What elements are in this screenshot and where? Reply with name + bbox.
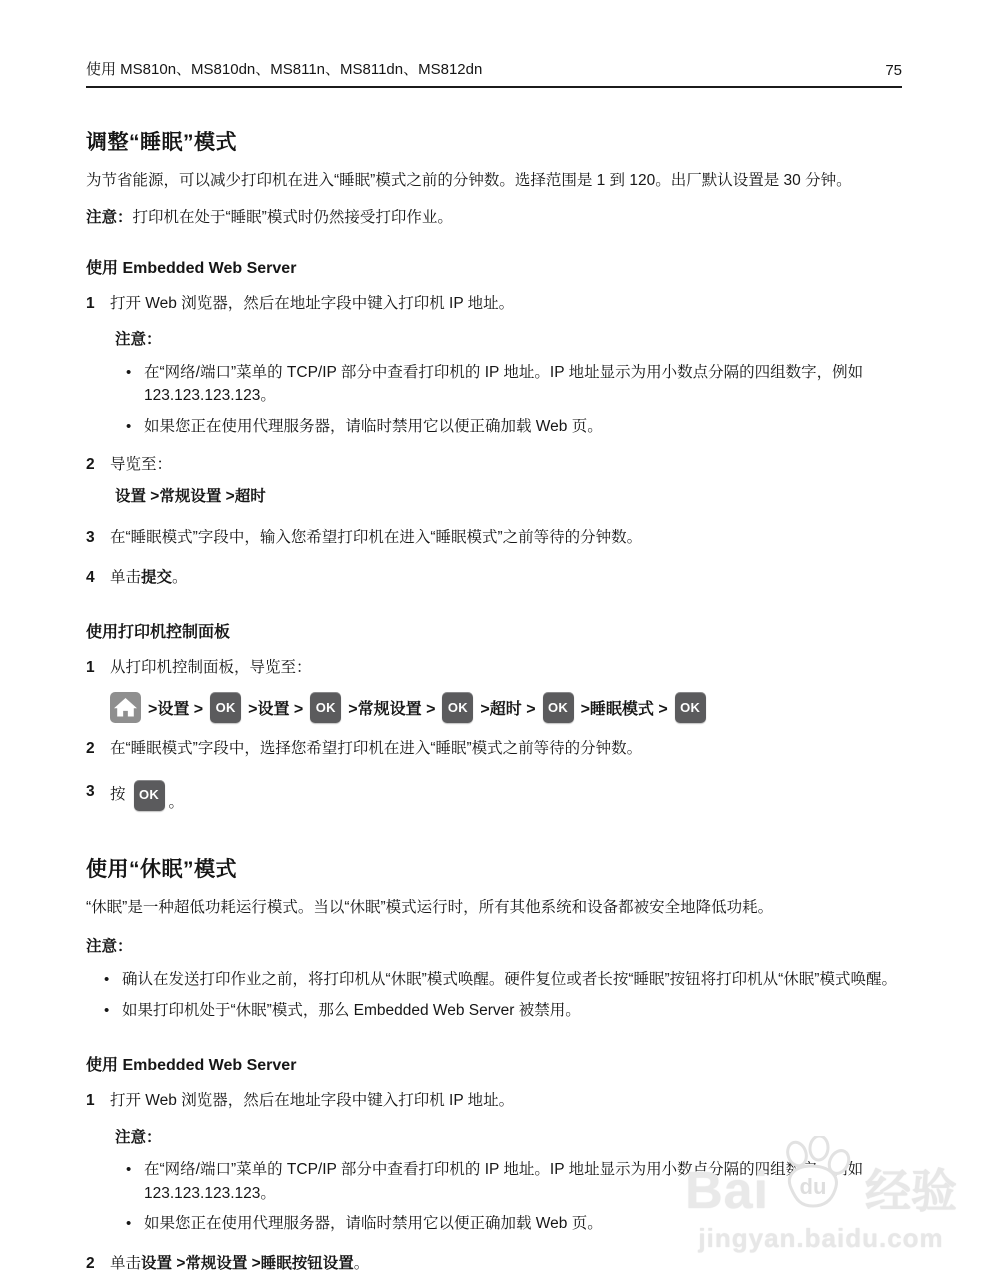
step-text-pre: 按 — [110, 783, 126, 807]
notes-label: 注意： — [115, 328, 902, 352]
control-panel-nav-path: >设置 > OK >设置 > OK >常规设置 > OK >超时 > OK >睡… — [110, 692, 902, 723]
step-text: 打开 Web 浏览器，然后在地址字段中键入打印机 IP 地址。 — [110, 292, 902, 316]
hibernate-intro-text: “休眠”是一种超低功耗运行模式。当以“休眠”模式运行时，所有其他系统和设备都被安… — [86, 899, 773, 916]
bullet-icon — [126, 1158, 144, 1205]
baidu-paw-icon: du — [771, 1136, 857, 1219]
subsection-control-panel: 使用打印机控制面板 — [86, 619, 902, 642]
nav-segment: >超时 > — [480, 696, 535, 719]
step-text: 打开 Web 浏览器，然后在地址字段中键入打印机 IP 地址。 — [110, 1089, 902, 1113]
step-number: 1 — [86, 1089, 110, 1113]
list-item-text: 如果您正在使用代理服务器，请临时禁用它以便正确加载 Web 页。 — [144, 415, 902, 439]
subsection-ews-1: 使用 Embedded Web Server — [86, 255, 902, 278]
nav-segment: >常规设置 > — [348, 696, 435, 719]
bullet-icon — [126, 361, 144, 408]
note-text: 打印机在处于“睡眠”模式时仍然接受打印作业。 — [133, 209, 453, 226]
menu-path: 设置 >常规设置 >睡眠按钮设置 — [141, 1255, 354, 1272]
list-item: 在“网络/端口”菜单的 TCP/IP 部分中查看打印机的 IP 地址。IP 地址… — [126, 361, 902, 408]
watermark-baidu-text: Bai — [685, 1165, 769, 1217]
adjust-sleep-intro: 为节省能源，可以减少打印机在进入“睡眠”模式之前的分钟数。选择范围是 1 到 1… — [86, 169, 902, 193]
page-number: 75 — [885, 62, 902, 79]
step-number: 2 — [86, 1252, 110, 1276]
page-header: 使用 MS810n、MS810dn、MS811n、MS811dn、MS812dn… — [86, 58, 902, 88]
step: 3 按 OK 。 — [86, 780, 902, 811]
bullet-icon — [126, 415, 144, 439]
home-icon — [110, 692, 141, 723]
bullet-icon — [126, 1212, 144, 1236]
step-text-post: 。 — [172, 569, 188, 586]
step-number: 4 — [86, 566, 110, 590]
hibernate-intro: “休眠”是一种超低功耗运行模式。当以“休眠”模式运行时，所有其他系统和设备都被安… — [86, 896, 902, 920]
ok-button-icon: OK — [210, 692, 241, 723]
notes-list: 在“网络/端口”菜单的 TCP/IP 部分中查看打印机的 IP 地址。IP 地址… — [126, 361, 902, 439]
ok-button-icon: OK — [543, 692, 574, 723]
adjust-sleep-note: 注意：打印机在处于“睡眠”模式时仍然接受打印作业。 — [86, 206, 902, 230]
step: 1 打开 Web 浏览器，然后在地址字段中键入打印机 IP 地址。 — [86, 292, 902, 316]
watermark-paw-text: du — [800, 1174, 827, 1199]
list-item-text: 如果打印机处于“休眠”模式，那么 Embedded Web Server 被禁用… — [122, 999, 902, 1023]
bullet-icon — [104, 999, 122, 1023]
step: 4 单击提交。 — [86, 566, 902, 590]
section-title-hibernate: 使用“休眠”模式 — [86, 853, 902, 883]
step-text-post: 。 — [354, 1255, 370, 1272]
step: 1 从打印机控制面板，导览至： — [86, 656, 902, 680]
step-text: 按 OK 。 — [110, 780, 902, 811]
step-text: 从打印机控制面板，导览至： — [110, 656, 902, 680]
step-text: 在“睡眠模式”字段中，输入您希望打印机在进入“睡眠模式”之前等待的分钟数。 — [110, 526, 902, 550]
step-number: 3 — [86, 526, 110, 550]
step-text: 导览至： — [110, 453, 902, 477]
section-title-adjust-sleep: 调整“睡眠”模式 — [86, 126, 902, 156]
document-page: 使用 MS810n、MS810dn、MS811n、MS811dn、MS812dn… — [0, 0, 989, 1280]
step: 2 单击设置 >常规设置 >睡眠按钮设置。 — [86, 1252, 902, 1276]
nav-segment: >设置 > — [248, 696, 303, 719]
list-item: 如果您正在使用代理服务器，请临时禁用它以便正确加载 Web 页。 — [126, 415, 902, 439]
ok-button-icon: OK — [134, 780, 165, 811]
watermark-logo: Bai du 经验 — [685, 1162, 957, 1219]
header-title: 使用 MS810n、MS810dn、MS811n、MS811dn、MS812dn — [86, 58, 482, 79]
list-item-text: 在“网络/端口”菜单的 TCP/IP 部分中查看打印机的 IP 地址。IP 地址… — [144, 361, 902, 408]
baidu-jingyan-watermark: Bai du 经验 jingyan.baidu.com — [685, 1162, 957, 1254]
submit-label: 提交 — [141, 569, 172, 586]
step-text: 在“睡眠模式”字段中，选择您希望打印机在进入“睡眠”模式之前等待的分钟数。 — [110, 737, 902, 761]
ok-button-icon: OK — [310, 692, 341, 723]
adjust-sleep-intro-text: 为节省能源，可以减少打印机在进入“睡眠”模式之前的分钟数。选择范围是 1 到 1… — [86, 172, 852, 189]
step-text: 单击设置 >常规设置 >睡眠按钮设置。 — [110, 1252, 902, 1276]
step-text-pre: 单击 — [110, 569, 141, 586]
step: 1 打开 Web 浏览器，然后在地址字段中键入打印机 IP 地址。 — [86, 1089, 902, 1113]
watermark-jingyan-text: 经验 — [865, 1168, 957, 1214]
step-number: 1 — [86, 656, 110, 680]
subsection-ews-2: 使用 Embedded Web Server — [86, 1052, 902, 1075]
list-item: 确认在发送打印作业之前，将打印机从“休眠”模式唤醒。硬件复位或者长按“睡眠”按钮… — [104, 968, 902, 992]
step-text-post: 。 — [169, 794, 185, 811]
hibernate-notes-list: 确认在发送打印作业之前，将打印机从“休眠”模式唤醒。硬件复位或者长按“睡眠”按钮… — [104, 968, 902, 1023]
notes-label: 注意： — [86, 935, 902, 959]
list-item: 如果打印机处于“休眠”模式，那么 Embedded Web Server 被禁用… — [104, 999, 902, 1023]
nav-segment: >睡眠模式 > — [581, 696, 668, 719]
ok-button-icon: OK — [675, 692, 706, 723]
watermark-url: jingyan.baidu.com — [685, 1223, 957, 1254]
list-item-text: 确认在发送打印作业之前，将打印机从“休眠”模式唤醒。硬件复位或者长按“睡眠”按钮… — [122, 968, 902, 992]
step-number: 3 — [86, 780, 110, 811]
step-text: 单击提交。 — [110, 566, 902, 590]
menu-path: 设置 >常规设置 >超时 — [115, 485, 902, 509]
step-text-pre: 单击 — [110, 1255, 141, 1272]
nav-segment: >设置 > — [148, 696, 203, 719]
step-number: 1 — [86, 292, 110, 316]
step: 3 在“睡眠模式”字段中，输入您希望打印机在进入“睡眠模式”之前等待的分钟数。 — [86, 526, 902, 550]
step: 2 在“睡眠模式”字段中，选择您希望打印机在进入“睡眠”模式之前等待的分钟数。 — [86, 737, 902, 761]
step-number: 2 — [86, 737, 110, 761]
bullet-icon — [104, 968, 122, 992]
ok-button-icon: OK — [442, 692, 473, 723]
note-label: 注意： — [86, 209, 133, 226]
step-number: 2 — [86, 453, 110, 477]
step: 2 导览至： — [86, 453, 902, 477]
